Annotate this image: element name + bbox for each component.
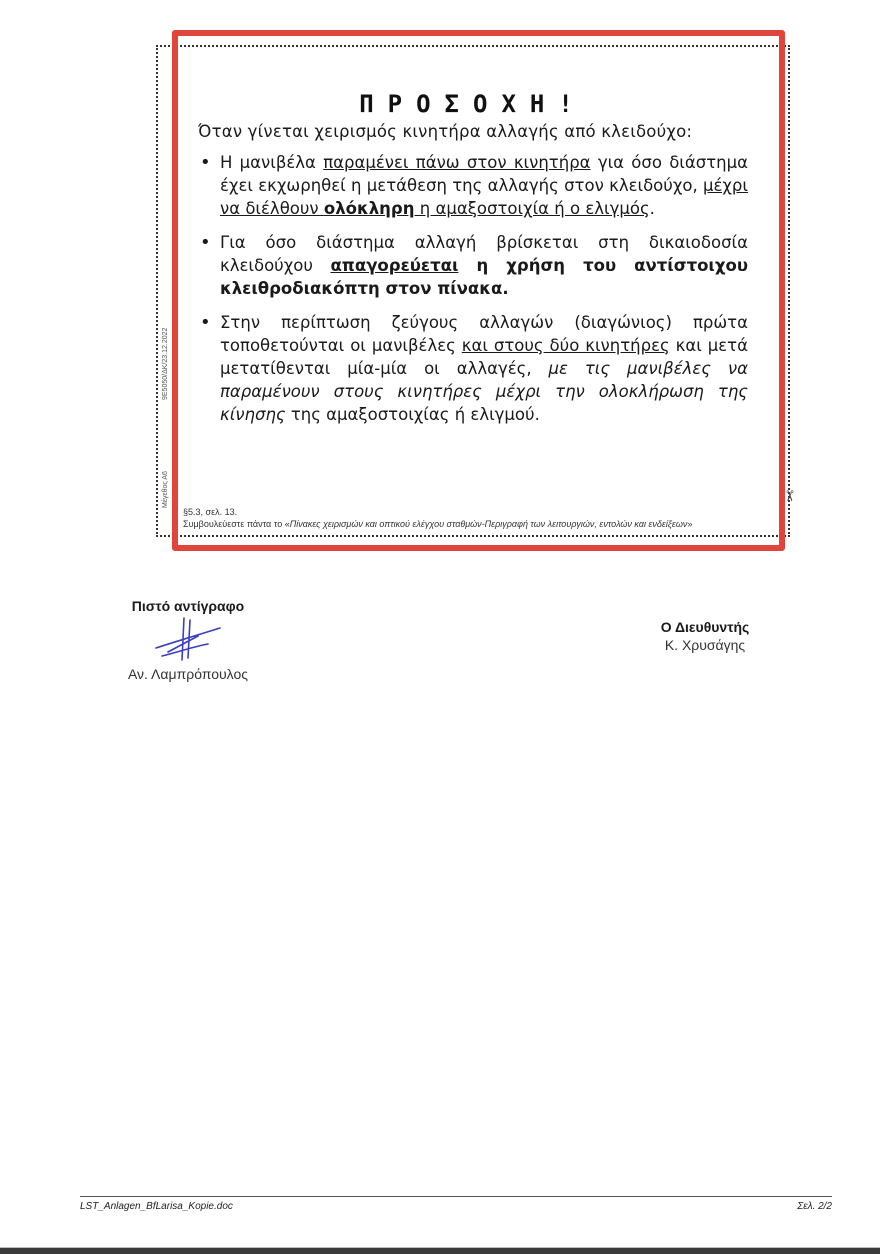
notice-intro: Όταν γίνεται χειρισμός κινητήρα αλλαγής … (198, 122, 748, 141)
notice-title: ΠΡΟΣΟΧΗ! (198, 90, 748, 118)
viewer-bottom-bar (0, 1247, 880, 1254)
certified-copy-name: Αν. Λαμπρόπουλος (108, 666, 268, 682)
signature-icon (148, 616, 228, 664)
rule-item: Στην περίπτωση ζεύγους αλλαγών (διαγώνιο… (198, 311, 748, 426)
certified-copy-block: Πιστό αντίγραφο Αν. Λαμπρόπουλος (108, 598, 268, 682)
side-code: 9Ε5050/ΔΚ/23.12.2022 (162, 328, 169, 400)
director-block: Ο Διευθυντής Κ. Χρυσάγης (640, 619, 770, 653)
reference-advice: Συμβουλεύεστε πάντα το «Πίνακες χειρισμώ… (183, 518, 783, 530)
rule-item: Η μανιβέλα παραμένει πάνω στον κινητήρα … (198, 151, 748, 220)
footer-filename: LST_Anlagen_BfLarisa_Kopie.doc (80, 1201, 233, 1212)
rules-list: Η μανιβέλα παραμένει πάνω στον κινητήρα … (198, 151, 748, 426)
rule-item: Για όσο διάστημα αλλαγή βρίσκεται στη δι… (198, 231, 748, 300)
director-label: Ο Διευθυντής (640, 619, 770, 635)
side-size: Μέγεθος Α6 (162, 471, 169, 508)
scissors-icon: ✂ (780, 490, 798, 503)
certified-copy-label: Πιστό αντίγραφο (108, 598, 268, 614)
footer-page-number: Σελ. 2/2 (797, 1201, 832, 1212)
warning-notice: ΠΡΟΣΟΧΗ! Όταν γίνεται χειρισμός κινητήρα… (198, 90, 748, 437)
director-name: Κ. Χρυσάγης (640, 637, 770, 653)
reference-section: §5.3, σελ. 13. (183, 506, 783, 518)
side-print-info: 9Ε5050/ΔΚ/23.12.2022 Μέγεθος Α6 (160, 300, 176, 510)
notice-reference: §5.3, σελ. 13. Συμβουλεύεστε πάντα το «Π… (183, 506, 783, 530)
page-footer: LST_Anlagen_BfLarisa_Kopie.doc Σελ. 2/2 (80, 1196, 832, 1212)
